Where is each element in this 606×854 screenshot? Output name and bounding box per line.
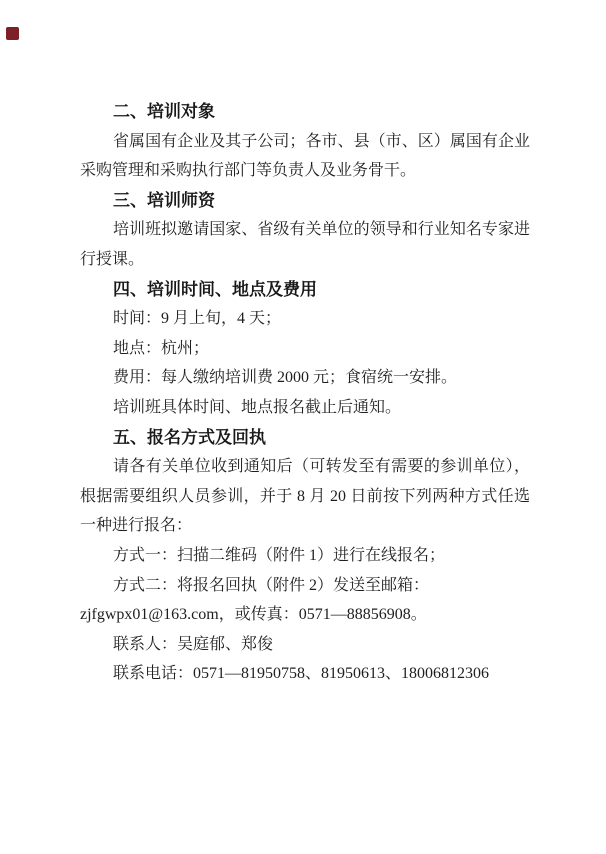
doc-line: 行授课。: [80, 245, 530, 275]
doc-line: 培训班拟邀请国家、省级有关单位的领导和行业知名专家进: [80, 215, 530, 245]
doc-line-method-two: 方式二：将报名回执（附件 2）发送至邮箱：: [80, 571, 530, 601]
doc-line-time: 时间：9 月上旬，4 天；: [80, 304, 530, 334]
red-annotation-marker-icon: [6, 27, 19, 40]
section-heading-registration: 五、报名方式及回执: [80, 423, 530, 453]
section-heading-training-target: 二、培训对象: [80, 97, 530, 127]
doc-line-fee: 费用：每人缴纳培训费 2000 元；食宿统一安排。: [80, 363, 530, 393]
doc-line: 采购管理和采购执行部门等负责人及业务骨干。: [80, 156, 530, 186]
doc-line-contact-phones: 联系电话：0571—81950758、81950613、18006812306: [80, 659, 530, 689]
doc-line-contact-persons: 联系人：吴庭郁、郑俊: [80, 630, 530, 660]
page: { "page": { "background_color": "#ffffff…: [0, 0, 606, 854]
doc-line-email-fax: zjfgwpx01@163.com，或传真：0571—88856908。: [80, 600, 530, 630]
doc-line: 一种进行报名：: [80, 511, 530, 541]
document-page: 二、培训对象 省属国有企业及其子公司；各市、县（市、区）属国有企业 采购管理和采…: [0, 0, 606, 854]
doc-line-method-one: 方式一：扫描二维码（附件 1）进行在线报名；: [80, 541, 530, 571]
document-body: 二、培训对象 省属国有企业及其子公司；各市、县（市、区）属国有企业 采购管理和采…: [80, 97, 530, 689]
doc-line-location: 地点：杭州；: [80, 334, 530, 364]
section-heading-time-place-fee: 四、培训时间、地点及费用: [80, 275, 530, 305]
doc-line: 根据需要组织人员参训，并于 8 月 20 日前按下列两种方式任选: [80, 482, 530, 512]
doc-line: 培训班具体时间、地点报名截止后通知。: [80, 393, 530, 423]
doc-line: 省属国有企业及其子公司；各市、县（市、区）属国有企业: [80, 127, 530, 157]
section-heading-training-staff: 三、培训师资: [80, 186, 530, 216]
doc-line: 请各有关单位收到通知后（可转发至有需要的参训单位），: [80, 452, 530, 482]
